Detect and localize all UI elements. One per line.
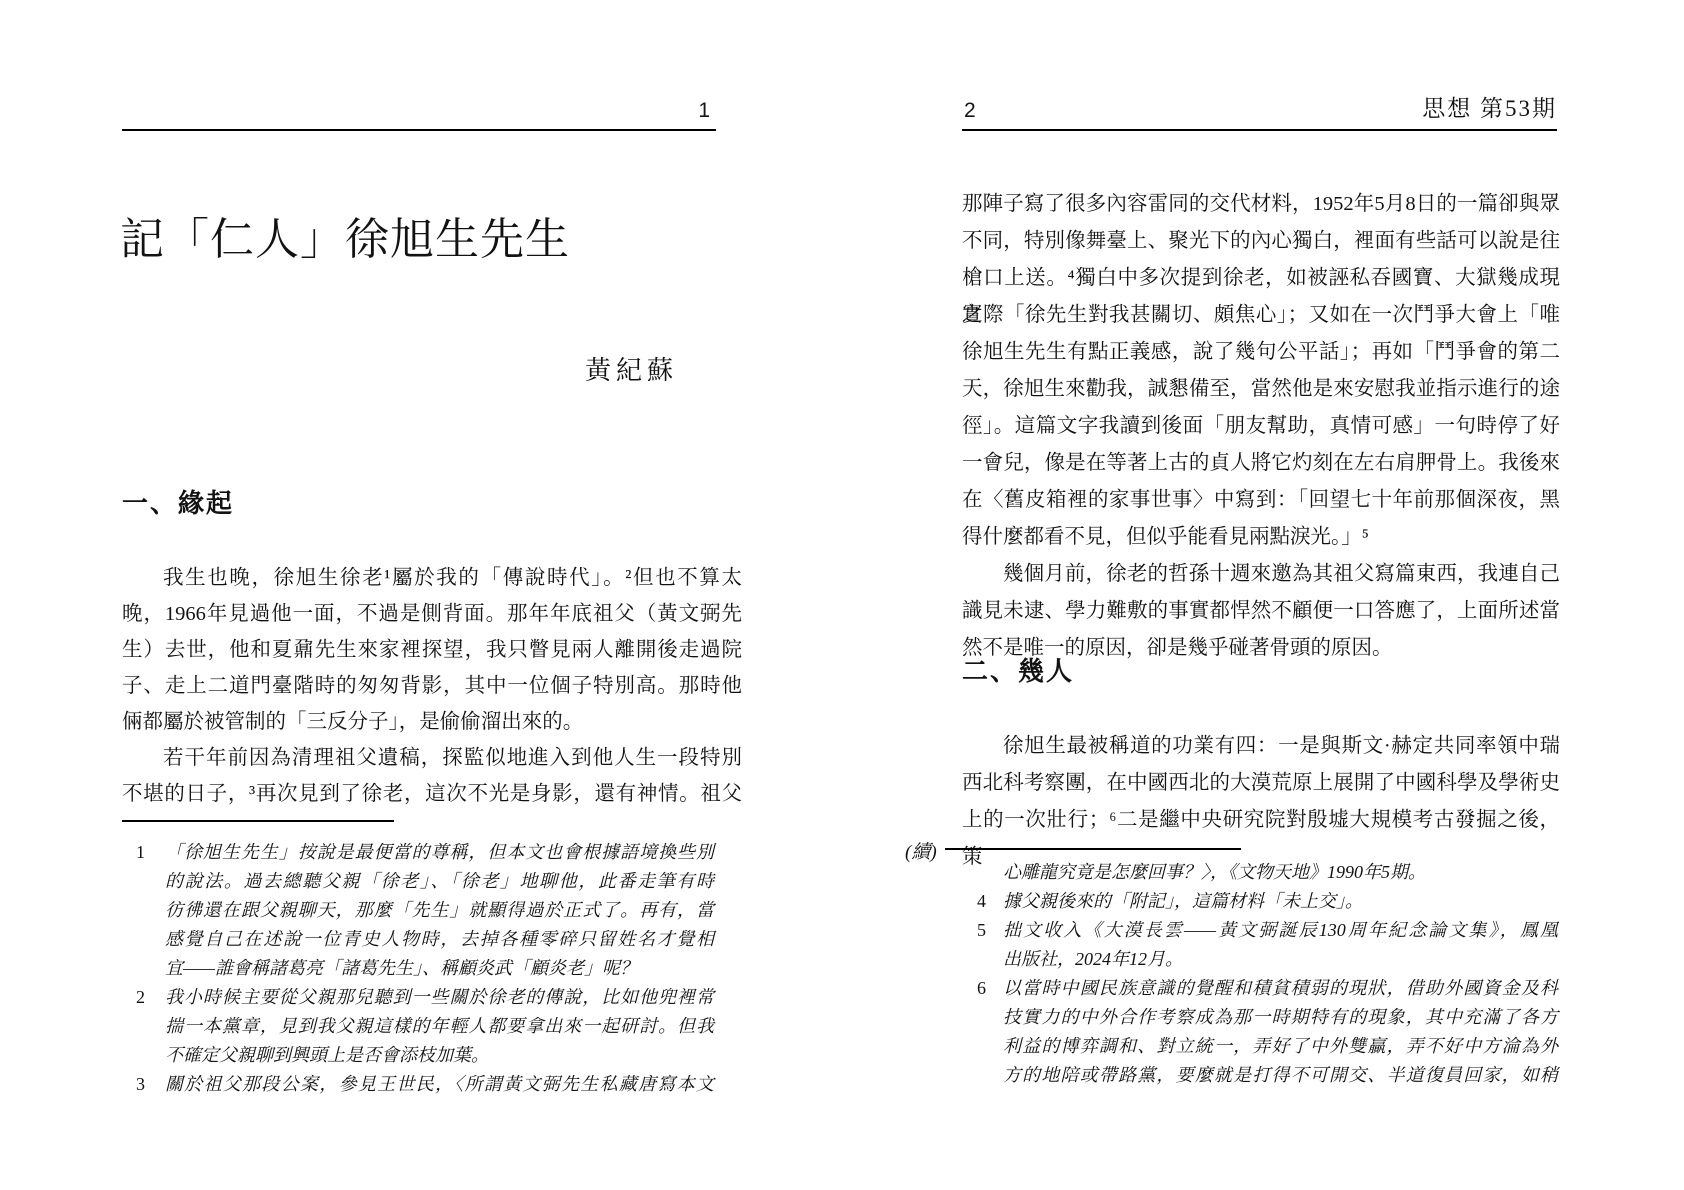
footnote-number: 6 <box>962 974 1003 1003</box>
footnote-text: 出版社，2024年12月。 <box>1003 945 1558 974</box>
footnote-text: 關於祖父那段公案，參見王世民，〈所謂黃文弼先生私藏唐寫本文 <box>165 1070 714 1099</box>
footnote-line: 5 拙文收入《大漠長雲——黃文弼誕辰130周年紀念論文集》，鳳凰 <box>962 916 1558 945</box>
footnotes-left: 1 「徐旭生先生」按說是最便當的尊稱，但本文也會根據語境換些別 的說法。過去總聽… <box>122 838 714 1099</box>
footnote-text: 感覺自己在述說一位青史人物時，去掉各種零碎只留姓名才覺相 <box>165 925 714 954</box>
footnote-number: 2 <box>122 983 165 1012</box>
body-line: 識見未逮、學力難敷的事實都悍然不顧便一口答應了，上面所述當 <box>962 593 1560 630</box>
article-title: 記「仁人」徐旭生先生 <box>120 214 740 266</box>
body-text-right-2: 徐旭生最被稱道的功業有四：一是與斯文·赫定共同率領中瑞西北科考察團，在中國西北的… <box>962 728 1560 839</box>
body-line: 天，徐旭生來勸我，誠懇備至，當然他是來安慰我並指示進行的途 <box>962 371 1560 408</box>
body-line: 西北科考察團，在中國西北的大漠荒原上展開了中國科學及學術史 <box>962 765 1560 802</box>
page-number-left: 1 <box>122 97 710 125</box>
book-spread: 1 記「仁人」徐旭生先生 黃紀蘇 一、緣起 我生也晚，徐旭生徐老¹屬於我的「傳說… <box>0 0 1684 1190</box>
footnote-text: 揣一本黨章，見到我父親這樣的年輕人都要拿出來一起研討。但我 <box>165 1012 714 1041</box>
footnote-line: 4 據父親後來的「附記」，這篇材料「未上交」。 <box>962 887 1558 916</box>
footnote-text: 據父親後來的「附記」，這篇材料「未上交」。 <box>1003 887 1558 916</box>
footnote-number <box>122 925 165 954</box>
body-line: 徑」。這篇文字我讀到後面「朋友幫助，真情可感」一句時停了好 <box>962 408 1560 445</box>
footnote-text: 的說法。過去總聽父親「徐老」、「徐老」地聊他，此番走筆有時 <box>165 867 714 896</box>
body-line: 徐旭生先生有點正義感，說了幾句公平話」；再如「鬥爭會的第二 <box>962 334 1560 371</box>
footnote-text: 技實力的中外合作考察成為那一時期特有的現象，其中充滿了各方 <box>1003 1003 1558 1032</box>
footnote-line: 揣一本黨章，見到我父親這樣的年輕人都要拿出來一起研討。但我 <box>122 1012 714 1041</box>
footnote-line: 3 關於祖父那段公案，參見王世民，〈所謂黃文弼先生私藏唐寫本文 <box>122 1070 714 1099</box>
body-line: 得什麼都看不見，但似乎能看見兩點淚光。」⁵ <box>962 519 1560 556</box>
footnote-number <box>962 1061 1003 1090</box>
footnote-number: 3 <box>122 1070 165 1099</box>
body-line: 一會兒，像是在等著上古的貞人將它灼刻在左右肩胛骨上。我後來 <box>962 445 1560 482</box>
footnote-line: 出版社，2024年12月。 <box>962 945 1558 974</box>
footnotes-right: 心雕龍究竟是怎麼回事？〉，《文物天地》1990年5期。 4 據父親後來的「附記」… <box>962 858 1558 1090</box>
body-line: 徐旭生最被稱道的功業有四：一是與斯文·赫定共同率領中瑞 <box>962 728 1560 765</box>
footnote-number <box>962 858 1003 887</box>
footnote-text: 宜——誰會稱諸葛亮「諸葛先生」、稱顧炎武「顧炎老」呢？ <box>165 954 714 983</box>
body-line: 之際「徐先生對我甚關切、頗焦心」；又如在一次鬥爭大會上「唯 <box>962 297 1560 334</box>
footnote-text: 「徐旭生先生」按說是最便當的尊稱，但本文也會根據語境換些別 <box>165 838 714 867</box>
footnote-line: 6 以當時中國民族意識的覺醒和積貧積弱的現狀，借助外國資金及科 <box>962 974 1558 1003</box>
footnote-number <box>122 1012 165 1041</box>
footnote-line: 利益的博弈調和、對立統一，弄好了中外雙贏，弄不好中方淪為外 <box>962 1032 1558 1061</box>
footnote-separator-left <box>122 820 394 822</box>
footnote-text: 方的地陪或帶路黨，要麼就是打得不可開交、半道復員回家，如稍 <box>1003 1061 1558 1090</box>
body-line: 上的一次壯行；⁶二是繼中央研究院對殷墟大規模考古發掘之後，策 <box>962 802 1560 839</box>
body-line: 在〈舊皮箱裡的家事世事〉中寫到：「回望七十年前那個深夜，黑 <box>962 482 1560 519</box>
footnote-text: 不確定父親聊到興頭上是否會添枝加葉。 <box>165 1041 714 1070</box>
body-line: 幾個月前，徐老的哲孫十週來邀為其祖父寫篇東西，我連自己 <box>962 556 1560 593</box>
journal-title: 思想 第53期 <box>962 94 1557 124</box>
footnote-number <box>122 896 165 925</box>
footnote-separator-right <box>945 848 1241 850</box>
footnote-line: 彷彿還在跟父親聊天，那麼「先生」就顯得過於正式了。再有，當 <box>122 896 714 925</box>
footnote-number: 1 <box>122 838 165 867</box>
body-line: 倆都屬於被管制的「三反分子」，是偷偷溜出來的。 <box>122 704 742 740</box>
footnote-number <box>122 1041 165 1070</box>
running-head-rule-left <box>122 129 716 131</box>
footnote-line: 技實力的中外合作考察成為那一時期特有的現象，其中充滿了各方 <box>962 1003 1558 1032</box>
body-line: 若干年前因為清理祖父遺稿，探監似地進入到他人生一段特別 <box>122 740 742 776</box>
footnote-number <box>122 954 165 983</box>
footnote-line: 方的地陪或帶路黨，要麼就是打得不可開交、半道復員回家，如稍 <box>962 1061 1558 1090</box>
footnote-number <box>962 1032 1003 1061</box>
footnote-text: 以當時中國民族意識的覺醒和積貧積弱的現狀，借助外國資金及科 <box>1003 974 1558 1003</box>
footnote-text: 彷彿還在跟父親聊天，那麼「先生」就顯得過於正式了。再有，當 <box>165 896 714 925</box>
footnote-line: 1 「徐旭生先生」按說是最便當的尊稱，但本文也會根據語境換些別 <box>122 838 714 867</box>
body-text-left: 我生也晚，徐旭生徐老¹屬於我的「傳說時代」。²但也不算太晚，1966年見過他一面… <box>122 560 742 812</box>
footnote-line: 2 我小時候主要從父親那兒聽到一些關於徐老的傳說，比如他兜裡常 <box>122 983 714 1012</box>
footnote-number <box>122 867 165 896</box>
section-heading-2: 二、幾人 <box>962 655 1074 687</box>
running-head-rule-right <box>962 129 1557 131</box>
body-text-right-1: 那陣子寫了很多內容雷同的交代材料，1952年5月8日的一篇卻與眾不同，特別像舞臺… <box>962 186 1560 667</box>
footnote-line: 心雕龍究竟是怎麼回事？〉，《文物天地》1990年5期。 <box>962 858 1558 887</box>
body-line: 那陣子寫了很多內容雷同的交代材料，1952年5月8日的一篇卻與眾 <box>962 186 1560 223</box>
footnote-text: 利益的博弈調和、對立統一，弄好了中外雙贏，弄不好中方淪為外 <box>1003 1032 1558 1061</box>
section-heading-1: 一、緣起 <box>122 487 234 519</box>
footnote-number: 4 <box>962 887 1003 916</box>
footnote-number: 5 <box>962 916 1003 945</box>
body-line: 生）去世，他和夏鼐先生來家裡探望，我只瞥見兩人離開後走過院 <box>122 632 742 668</box>
footnote-line: 的說法。過去總聽父親「徐老」、「徐老」地聊他，此番走筆有時 <box>122 867 714 896</box>
body-line: 槍口上送。⁴獨白中多次提到徐老，如被誣私吞國寶、大獄幾成現實 <box>962 260 1560 297</box>
body-line: 我生也晚，徐旭生徐老¹屬於我的「傳說時代」。²但也不算太 <box>122 560 742 596</box>
footnote-continued-label: (續) <box>905 837 937 864</box>
body-line: 子、走上二道門臺階時的匆匆背影，其中一位個子特別高。那時他 <box>122 668 742 704</box>
body-line: 晚，1966年見過他一面，不過是側背面。那年年底祖父（黃文弼先 <box>122 596 742 632</box>
footnote-text: 拙文收入《大漠長雲——黃文弼誕辰130周年紀念論文集》，鳳凰 <box>1003 916 1558 945</box>
footnote-number <box>962 945 1003 974</box>
footnote-line: 不確定父親聊到興頭上是否會添枝加葉。 <box>122 1041 714 1070</box>
footnote-line: 宜——誰會稱諸葛亮「諸葛先生」、稱顧炎武「顧炎老」呢？ <box>122 954 714 983</box>
body-line: 不同，特別像舞臺上、聚光下的內心獨白，裡面有些話可以說是往 <box>962 223 1560 260</box>
footnote-text: 我小時候主要從父親那兒聽到一些關於徐老的傳說，比如他兜裡常 <box>165 983 714 1012</box>
footnote-text: 心雕龍究竟是怎麼回事？〉，《文物天地》1990年5期。 <box>1003 858 1558 887</box>
author-name: 黃紀蘇 <box>122 350 716 387</box>
footnote-line: 感覺自己在述說一位青史人物時，去掉各種零碎只留姓名才覺相 <box>122 925 714 954</box>
footnote-number <box>962 1003 1003 1032</box>
body-line: 不堪的日子，³再次見到了徐老，這次不光是身影，還有神情。祖父 <box>122 776 742 812</box>
